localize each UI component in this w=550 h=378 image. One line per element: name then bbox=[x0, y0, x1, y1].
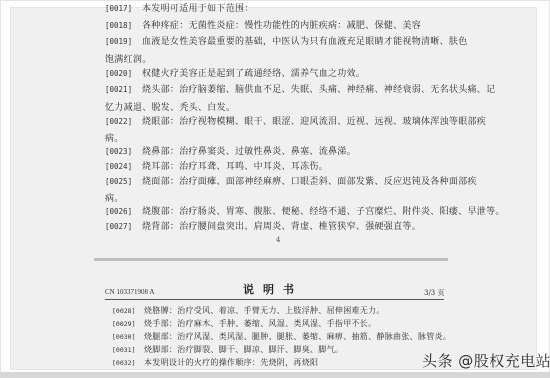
paragraph-number: [0031] bbox=[112, 345, 144, 355]
header-rule bbox=[105, 299, 444, 300]
paragraph-number: [0029] bbox=[112, 319, 144, 329]
paragraph-text: 烧腹部：治疗肠炎、胃寒、腹胀、便秘、经络不通、子宫糜烂、附件炎、阳痿、早泄等。 bbox=[142, 207, 505, 218]
paragraph-0023: [0023]烧鼻部：治疗鼻窦炎、过敏性鼻炎、鼻塞、流鼻涕。 bbox=[105, 146, 356, 158]
paragraph-0026: [0026]烧腹部：治疗肠炎、胃寒、腹胀、便秘、经络不通、子宫糜烂、附件炎、阳痿… bbox=[105, 206, 505, 218]
paragraph-number: [0026] bbox=[105, 206, 142, 217]
paragraph-text: 各种疼症：无菌性炎症：慢性功能性的内脏疾病：减肥、保健、美容 bbox=[142, 21, 421, 32]
paragraph-text: 烧眼部：治疗视物模糊、眼干、眼涩、迎风流泪、近视、远视、玻璃体浑浊等眼部疾 bbox=[142, 117, 486, 128]
paragraph-0022-continuation: 病。 bbox=[105, 131, 124, 144]
page-info: 3/3 页 bbox=[424, 288, 445, 298]
paragraph-0019-continuation: 饱满红润。 bbox=[105, 52, 152, 65]
paragraph-text: 本发明设计的火疗的操作顺序：先烧阴，再烧阳 bbox=[144, 358, 318, 368]
paragraph-0032: [0032]本发明设计的火疗的操作顺序：先烧阴，再烧阳 bbox=[112, 358, 318, 368]
watermark: 头条 @股权充电站 bbox=[422, 350, 550, 371]
paragraph-text: 烧手部：治疗麻木、手肿、萎缩、风湿、类风湿、手指甲不长。 bbox=[144, 319, 376, 329]
paragraph-text: 烧面部：治疗面瘫、面部神经麻痹、口眼歪斜、面部发紫、反应迟钝及各种面部疾 bbox=[142, 177, 477, 188]
paragraph-number: [0024] bbox=[105, 161, 142, 172]
paragraph-0027: [0027]烧背部：治疗腰间盘突出、肩周炎、背虚、椎管狭窄、强硬强直等。 bbox=[105, 221, 421, 233]
paragraph-text: 烧头部：治疗脑萎缩、脑供血不足、失眠、头痛、神经痛、神经衰弱、无名状头痛、记 bbox=[142, 85, 495, 96]
paragraph-number: [0025] bbox=[105, 176, 142, 187]
paragraph-number: [0027] bbox=[105, 221, 142, 232]
paragraph-text: 血液是女性美容最重要的基础，中医认为只有血液充足眼睛才能视物清晰、肤色 bbox=[142, 37, 468, 48]
paragraph-0022: [0022]烧眼部：治疗视物模糊、眼干、眼涩、迎风流泪、近视、远视、玻璃体浑浊等… bbox=[105, 116, 486, 128]
paragraph-number: [0019] bbox=[105, 36, 142, 47]
paragraph-number: [0020] bbox=[105, 68, 142, 79]
page-number: 4 bbox=[276, 236, 280, 244]
paragraph-text: 权健火疗美容正是起到了疏通经络、濡养气血之功效。 bbox=[142, 69, 365, 80]
paragraph-0025: [0025]烧面部：治疗面瘫、面部神经麻痹、口眼歪斜、面部发紫、反应迟钝及各种面… bbox=[105, 176, 477, 188]
paragraph-0031: [0031]烧脚部：治疗脚裂、脚干、脚凉、脚汗、脚臭、脚气。 bbox=[112, 345, 343, 355]
page-separator bbox=[94, 258, 448, 261]
paragraph-number: [0023] bbox=[105, 146, 142, 157]
paragraph-text: 烧腿部：治疗风湿、类风湿、腿肿、腿胀、萎缩、麻痹、抽筋、静脉曲张、脉管炎。 bbox=[144, 332, 451, 342]
paragraph-0019: [0019]血液是女性美容最重要的基础，中医认为只有血液充足眼睛才能视物清晰、肤… bbox=[105, 36, 468, 48]
paragraph-text: 烧耳部：治疗耳聋、耳鸣、中耳炎、耳冻伤。 bbox=[142, 162, 328, 173]
document-id: CN 103371908 A bbox=[105, 288, 154, 296]
paragraph-0018: [0018]各种疼症：无菌性炎症：慢性功能性的内脏疾病：减肥、保健、美容 bbox=[105, 20, 421, 32]
paragraph-text: 烧脚部：治疗脚裂、脚干、脚凉、脚汗、脚臭、脚气。 bbox=[144, 345, 343, 355]
paragraph-number: [0018] bbox=[105, 20, 142, 31]
paragraph-0029: [0029]烧手部：治疗麻木、手肿、萎缩、风湿、类风湿、手指甲不长。 bbox=[112, 319, 376, 329]
bottom-shadow bbox=[0, 372, 550, 378]
paragraph-0020: [0020]权健火疗美容正是起到了疏通经络、濡养气血之功效。 bbox=[105, 68, 365, 80]
paragraph-0030: [0030]烧腿部：治疗风湿、类风湿、腿肿、腿胀、萎缩、麻痹、抽筋、静脉曲张、脉… bbox=[112, 332, 451, 342]
paragraph-0024: [0024]烧耳部：治疗耳聋、耳鸣、中耳炎、耳冻伤。 bbox=[105, 161, 328, 173]
paragraph-number: [0021] bbox=[105, 84, 142, 95]
paragraph-text: 烧鼻部：治疗鼻窦炎、过敏性鼻炎、鼻塞、流鼻涕。 bbox=[142, 147, 356, 158]
paragraph-0017: [0017]本发明可适用于如下范围： bbox=[105, 3, 254, 15]
paragraph-number: [0017] bbox=[105, 3, 142, 14]
paragraph-0021: [0021]烧头部：治疗脑萎缩、脑供血不足、失眠、头痛、神经痛、神经衰弱、无名状… bbox=[105, 84, 495, 96]
paragraph-0025-continuation: 病。 bbox=[105, 191, 124, 204]
paragraph-text: 烧胳膊：治疗受风、着凉、手臂无力、上肢浮肿、屈伸困难无力。 bbox=[144, 306, 385, 316]
paragraph-0028: [0028]烧胳膊：治疗受风、着凉、手臂无力、上肢浮肿、屈伸困难无力。 bbox=[112, 306, 385, 316]
paragraph-number: [0032] bbox=[112, 358, 144, 368]
paragraph-number: [0028] bbox=[112, 306, 144, 316]
paragraph-number: [0022] bbox=[105, 116, 142, 127]
paragraph-text: 烧背部：治疗腰间盘突出、肩周炎、背虚、椎管狭窄、强硬强直等。 bbox=[142, 222, 421, 233]
paragraph-number: [0030] bbox=[112, 332, 144, 342]
document-title: 说明书 bbox=[243, 281, 303, 297]
paragraph-text: 本发明可适用于如下范围： bbox=[142, 4, 254, 15]
paragraph-0021-continuation: 忆力减退、脱发、秃头、白发。 bbox=[105, 100, 235, 113]
